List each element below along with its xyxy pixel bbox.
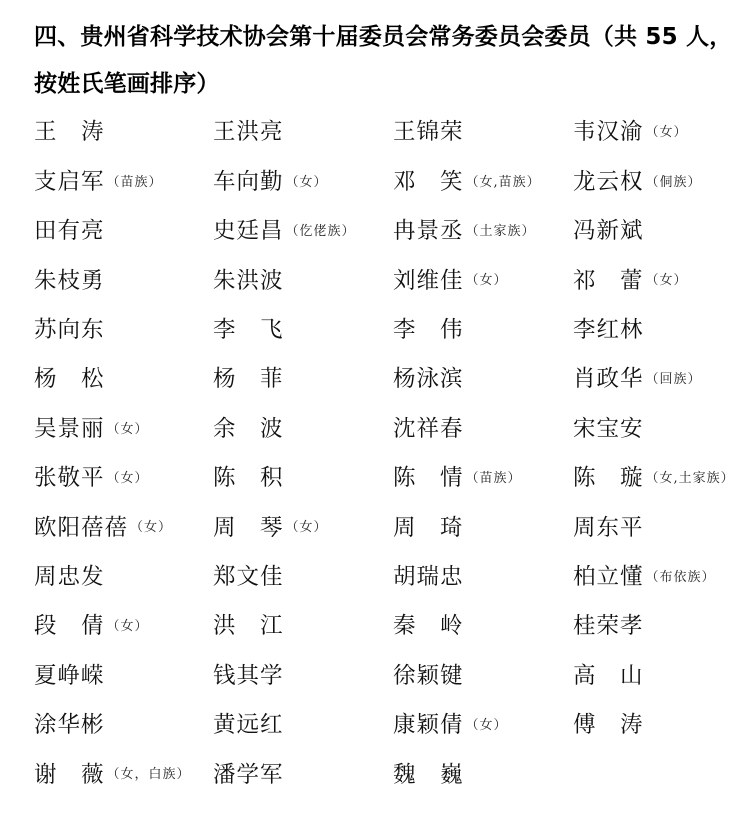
- member-item: 周 琴（女）: [213, 503, 393, 552]
- member-name: 史廷昌: [213, 220, 284, 243]
- member-item: 肖政华（回族）: [573, 355, 753, 404]
- member-name: 朱枝勇: [34, 270, 105, 293]
- member-item: 徐颖键: [393, 651, 573, 700]
- member-name: 冯新斌: [573, 220, 644, 243]
- member-item: 刘维佳（女）: [393, 256, 573, 305]
- member-name: 刘维佳: [393, 270, 464, 293]
- member-note: （女）: [466, 274, 508, 287]
- member-name: 龙云权: [573, 171, 644, 194]
- member-name: 涂华彬: [34, 714, 105, 737]
- member-name: 朱洪波: [213, 270, 284, 293]
- member-name: 王 涛: [34, 121, 105, 144]
- member-item: 桂荣孝: [573, 602, 753, 651]
- member-name: 宋宝安: [573, 418, 644, 441]
- member-item: 车向勤（女）: [213, 157, 393, 206]
- member-name: 洪 江: [213, 615, 284, 638]
- member-name: 陈 积: [213, 467, 284, 490]
- member-name: 段 倩: [34, 615, 105, 638]
- member-item: 康颖倩（女）: [393, 701, 573, 750]
- member-item: 祁 蕾（女）: [573, 256, 753, 305]
- member-item: 谢 薇（女，白族）: [34, 750, 213, 799]
- member-note: （回族）: [646, 373, 702, 386]
- member-item: 王洪亮: [213, 108, 393, 157]
- member-note: （女）: [130, 521, 172, 534]
- member-item: 田有亮: [34, 207, 213, 256]
- member-item: 柏立懂（布依族）: [573, 553, 753, 602]
- member-name: 王洪亮: [213, 121, 284, 144]
- member-note: （苗族）: [107, 176, 163, 189]
- member-name: 欧阳蓓蓓: [34, 517, 128, 540]
- member-item: 冉景丞（土家族）: [393, 207, 573, 256]
- member-note: （女）: [107, 472, 149, 485]
- member-name: 杨 菲: [213, 368, 284, 391]
- member-note: （侗族）: [646, 176, 702, 189]
- member-name: 周 琴: [213, 517, 284, 540]
- member-name: 郑文佳: [213, 566, 284, 589]
- member-item: 周忠发: [34, 553, 213, 602]
- member-name: 韦汉渝: [573, 121, 644, 144]
- member-name: 支启军: [34, 171, 105, 194]
- member-name: 桂荣孝: [573, 615, 644, 638]
- member-item: 李 伟: [393, 306, 573, 355]
- member-name: 沈祥春: [393, 418, 464, 441]
- member-name: 康颖倩: [393, 714, 464, 737]
- member-item: 李 飞: [213, 306, 393, 355]
- member-name: 田有亮: [34, 220, 105, 243]
- member-list: 王 涛 王洪亮 王锦荣 韦汉渝（女） 支启军 （苗族） 车向勤（女） 邓 笑（女…: [34, 108, 753, 799]
- member-note: （女）: [107, 423, 149, 436]
- member-item: 杨 松: [34, 355, 213, 404]
- member-item: 周 琦: [393, 503, 573, 552]
- member-item: 沈祥春: [393, 404, 573, 453]
- member-item: 龙云权（侗族）: [573, 157, 753, 206]
- member-name: 魏 巍: [393, 764, 464, 787]
- member-item: 吴景丽（女）: [34, 404, 213, 453]
- member-item: 郑文佳: [213, 553, 393, 602]
- member-item: 朱洪波: [213, 256, 393, 305]
- member-item: 陈 璇（女,土家族）: [573, 454, 753, 503]
- member-name: 胡瑞忠: [393, 566, 464, 589]
- member-name: 周忠发: [34, 566, 105, 589]
- member-note: （土家族）: [466, 225, 536, 238]
- member-note: （女）: [646, 274, 688, 287]
- member-item: 支启军 （苗族）: [34, 157, 213, 206]
- member-note: （苗族）: [466, 472, 522, 485]
- member-name: 夏峥嵘: [34, 665, 105, 688]
- member-name: 周 琦: [393, 517, 464, 540]
- member-note: （女）: [286, 176, 328, 189]
- member-name: 冉景丞: [393, 220, 464, 243]
- member-note: （仡佬族）: [286, 225, 356, 238]
- section-heading: 四、贵州省科学技术协会第十届委员会常务委员会委员（共 55 人，按姓氏笔画排序）: [34, 14, 749, 108]
- member-item: 冯新斌: [573, 207, 753, 256]
- member-name: 钱其学: [213, 665, 284, 688]
- member-name: 吴景丽: [34, 418, 105, 441]
- member-name: 周东平: [573, 517, 644, 540]
- member-name: 高 山: [573, 665, 644, 688]
- member-name: 张敬平: [34, 467, 105, 490]
- member-item: 苏向东: [34, 306, 213, 355]
- member-item: 周东平: [573, 503, 753, 552]
- member-name: 徐颖键: [393, 665, 464, 688]
- member-item: 高 山: [573, 651, 753, 700]
- member-item: 朱枝勇: [34, 256, 213, 305]
- member-item: 黄远红: [213, 701, 393, 750]
- member-item: 欧阳蓓蓓（女）: [34, 503, 213, 552]
- member-item: 余 波: [213, 404, 393, 453]
- member-item: 潘学军: [213, 750, 393, 799]
- member-item: 韦汉渝（女）: [573, 108, 753, 157]
- member-name: 陈 璇: [573, 467, 644, 490]
- member-item: 洪 江: [213, 602, 393, 651]
- member-name: 傅 涛: [573, 714, 644, 737]
- member-item: 陈 情（苗族）: [393, 454, 573, 503]
- member-item: 涂华彬: [34, 701, 213, 750]
- member-item: 夏峥嵘: [34, 651, 213, 700]
- member-item: 张敬平（女）: [34, 454, 213, 503]
- member-name: 车向勤: [213, 171, 284, 194]
- member-item: 杨 菲: [213, 355, 393, 404]
- member-item: 史廷昌（仡佬族）: [213, 207, 393, 256]
- member-item: 王锦荣: [393, 108, 573, 157]
- member-item: 段 倩（女）: [34, 602, 213, 651]
- member-name: 陈 情: [393, 467, 464, 490]
- member-note: （女）: [646, 126, 688, 139]
- member-note: （女,土家族）: [646, 472, 735, 485]
- member-name: 柏立懂: [573, 566, 644, 589]
- member-item: 宋宝安: [573, 404, 753, 453]
- member-name: 潘学军: [213, 764, 284, 787]
- member-name: 杨泳滨: [393, 368, 464, 391]
- member-item: 胡瑞忠: [393, 553, 573, 602]
- member-name: 李 飞: [213, 319, 284, 342]
- member-name: 李 伟: [393, 319, 464, 342]
- member-name: 秦 岭: [393, 615, 464, 638]
- member-note: （女,苗族）: [466, 176, 541, 189]
- member-item: 钱其学: [213, 651, 393, 700]
- member-item: 傅 涛: [573, 701, 753, 750]
- member-note: （女）: [107, 620, 149, 633]
- member-name: 杨 松: [34, 368, 105, 391]
- member-name: 肖政华: [573, 368, 644, 391]
- member-name: 李红林: [573, 319, 644, 342]
- member-note: （女）: [466, 719, 508, 732]
- member-item: 秦 岭: [393, 602, 573, 651]
- member-name: 谢 薇: [34, 764, 105, 787]
- member-name: 邓 笑: [393, 171, 464, 194]
- member-name: 王锦荣: [393, 121, 464, 144]
- member-note: （布依族）: [646, 571, 716, 584]
- member-item: 杨泳滨: [393, 355, 573, 404]
- member-item: 王 涛: [34, 108, 213, 157]
- member-item: 魏 巍: [393, 750, 573, 799]
- member-item: 李红林: [573, 306, 753, 355]
- member-name: 余 波: [213, 418, 284, 441]
- member-name: 苏向东: [34, 319, 105, 342]
- member-name: 黄远红: [213, 714, 284, 737]
- member-note: （女，白族）: [107, 768, 191, 781]
- member-item: 邓 笑（女,苗族）: [393, 157, 573, 206]
- member-name: 祁 蕾: [573, 270, 644, 293]
- member-note: （女）: [286, 521, 328, 534]
- member-item: 陈 积: [213, 454, 393, 503]
